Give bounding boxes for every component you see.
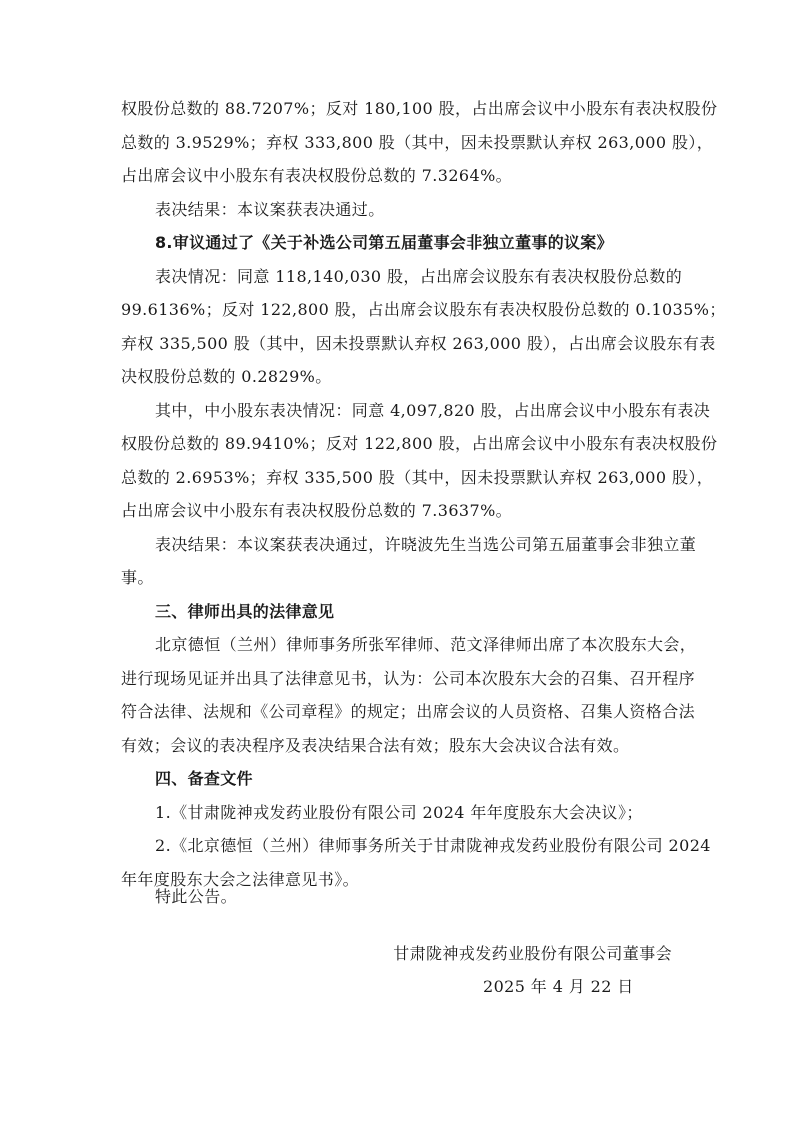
item8-vote-line-1: 表决情况：同意 118,140,030 股，占出席会议股东有表决权股份总数的 [155, 267, 672, 287]
section3-line-2: 进行现场见证并出具了法律意见书，认为：公司本次股东大会的召集、召开程序 [121, 669, 672, 689]
item8-vote-line-2: 99.6136%；反对 122,800 股，占出席会议股东有表决权股份总数的 0… [121, 300, 672, 320]
section3-line-3: 符合法律、法规和《公司章程》的规定；出席会议的人员资格、召集人资格合法 [121, 702, 672, 722]
item8-minority-line-1: 其中，中小股东表决情况：同意 4,097,820 股，占出席会议中小股东有表决 [155, 401, 672, 421]
item7-line-3: 占出席会议中小股东有表决权股份总数的 7.3264%。 [121, 166, 672, 186]
item8-result-line-2: 事。 [121, 568, 672, 588]
item8-vote-line-4: 决权股份总数的 0.2829%。 [121, 367, 672, 387]
document-page: 权股份总数的 88.7207%；反对 180,100 股，占出席会议中小股东有表… [0, 0, 794, 1122]
signature-date: 2025 年 4 月 22 日 [483, 977, 643, 997]
section3-line-4: 有效；会议的表决程序及表决结果合法有效；股东大会决议合法有效。 [121, 736, 672, 756]
closing-text: 特此公告。 [155, 887, 672, 907]
signature-company: 甘肃陇神戎发药业股份有限公司董事会 [121, 944, 672, 964]
item7-line-1: 权股份总数的 88.7207%；反对 180,100 股，占出席会议中小股东有表… [121, 99, 672, 119]
item7-result: 表决结果：本议案获表决通过。 [155, 200, 672, 220]
item8-minority-line-4: 占出席会议中小股东有表决权股份总数的 7.3637%。 [121, 501, 672, 521]
item8-result-line-1: 表决结果：本议案获表决通过，许晓波先生当选公司第五届董事会非独立董 [155, 535, 672, 555]
item7-line-2: 总数的 3.9529%；弃权 333,800 股（其中，因未投票默认弃权 263… [121, 133, 672, 153]
item8-minority-line-3: 总数的 2.6953%；弃权 335,500 股（其中，因未投票默认弃权 263… [121, 468, 672, 488]
item8-heading: 8.审议通过了《关于补选公司第五届董事会非独立董事的议案》 [155, 233, 672, 253]
section3-line-1: 北京德恒（兰州）律师事务所张军律师、范文泽律师出席了本次股东大会， [155, 635, 672, 655]
section4-item-2-line-1: 2.《北京德恒（兰州）律师事务所关于甘肃陇神戎发药业股份有限公司 2024 [155, 836, 672, 856]
section4-heading: 四、备查文件 [155, 769, 672, 789]
item8-vote-line-3: 弃权 335,500 股（其中，因未投票默认弃权 263,000 股），占出席会… [121, 334, 672, 354]
item8-minority-line-2: 权股份总数的 89.9410%；反对 122,800 股，占出席会议中小股东有表… [121, 434, 672, 454]
section4-item-1: 1.《甘肃陇神戎发药业股份有限公司 2024 年年度股东大会决议》； [155, 803, 672, 823]
section3-heading: 三、律师出具的法律意见 [155, 602, 672, 622]
